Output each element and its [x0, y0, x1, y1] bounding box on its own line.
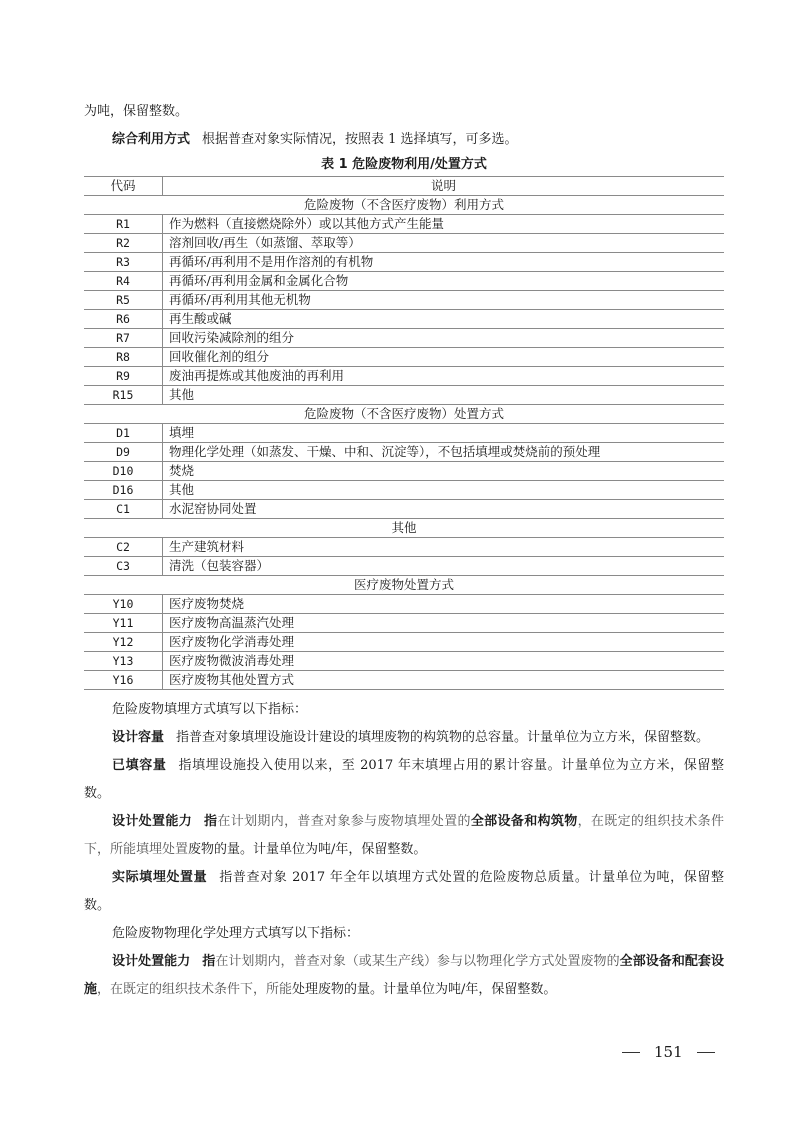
row-desc: 清洗（包装容器）	[163, 557, 725, 576]
header-desc: 说明	[163, 177, 725, 196]
row-desc: 医疗废物其他处置方式	[163, 671, 725, 690]
table-row: R8回收催化剂的组分	[84, 348, 724, 367]
row-desc: 焚烧	[163, 462, 725, 481]
row-code: C1	[84, 500, 163, 519]
row-desc: 填埋	[163, 424, 725, 443]
row-desc: 再循环/再利用金属和金属化合物	[163, 272, 725, 291]
row-code: R7	[84, 329, 163, 348]
table-row: R1作为燃料（直接燃烧除外）或以其他方式产生能量	[84, 215, 724, 234]
row-desc: 物理化学处理（如蒸发、干燥、中和、沉淀等），不包括填埋或焚烧前的预处理	[163, 443, 725, 462]
term-actual-disposal: 实际填埋处置量	[112, 870, 207, 885]
row-code: Y10	[84, 595, 163, 614]
text-part: 指	[204, 814, 217, 829]
row-code: R4	[84, 272, 163, 291]
row-code: R9	[84, 367, 163, 386]
comprehensive-paragraph: 综合利用方式根据普查对象实际情况，按照表 1 选择填写，可多选。	[84, 126, 724, 154]
row-desc: 水泥窑协同处置	[163, 500, 725, 519]
row-code: R15	[84, 386, 163, 405]
actual-disposal-paragraph: 实际填埋处置量指普查对象 2017 年全年以填埋方式处置的危险废物总质量。计量单…	[84, 864, 724, 920]
term-design-capacity: 设计容量	[112, 730, 164, 745]
row-desc: 作为燃料（直接燃烧除外）或以其他方式产生能量	[163, 215, 725, 234]
table-row: R2溶剂回收/再生（如蒸馏、萃取等）	[84, 234, 724, 253]
row-code: Y11	[84, 614, 163, 633]
table-header-row: 代码 说明	[84, 177, 724, 196]
table-row: D10焚烧	[84, 462, 724, 481]
text-part: 全部设备和构筑物	[471, 814, 578, 829]
table-row: R3再循环/再利用不是用作溶剂的有机物	[84, 253, 724, 272]
row-desc: 再生酸或碱	[163, 310, 725, 329]
row-code: Y16	[84, 671, 163, 690]
table-row: R7回收污染减除剂的组分	[84, 329, 724, 348]
section-title: 医疗废物处置方式	[84, 576, 724, 595]
row-desc: 医疗废物化学消毒处理	[163, 633, 725, 652]
table-row: Y11医疗废物高温蒸汽处理	[84, 614, 724, 633]
table-row: Y16医疗废物其他处置方式	[84, 671, 724, 690]
table-row: R5再循环/再利用其他无机物	[84, 291, 724, 310]
row-desc: 溶剂回收/再生（如蒸馏、萃取等）	[163, 234, 725, 253]
dash-decoration	[697, 1052, 715, 1053]
dash-decoration	[622, 1052, 640, 1053]
comprehensive-text: 根据普查对象实际情况，按照表 1 选择填写，可多选。	[202, 132, 518, 147]
row-code: R6	[84, 310, 163, 329]
page-number: 151	[654, 1043, 683, 1061]
table-row: R15其他	[84, 386, 724, 405]
landfill-heading: 危险废物填埋方式填写以下指标：	[84, 696, 724, 724]
table-row: R4再循环/再利用金属和金属化合物	[84, 272, 724, 291]
table-section-row: 危险废物（不含医疗废物）处置方式	[84, 405, 724, 424]
table-row: Y10医疗废物焚烧	[84, 595, 724, 614]
row-desc: 回收污染减除剂的组分	[163, 329, 725, 348]
table-section-row: 危险废物（不含医疗废物）利用方式	[84, 196, 724, 215]
term-filled-capacity: 已填容量	[112, 758, 166, 773]
design-capacity-text: 指普查对象填埋设施设计建设的填埋废物的构筑物的总容量。计量单位为立方米，保留整数…	[176, 730, 709, 745]
filled-capacity-paragraph: 已填容量指填埋设施投入使用以来，至 2017 年末填埋占用的累计容量。计量单位为…	[84, 752, 724, 808]
row-code: R5	[84, 291, 163, 310]
landfill-design-disposal-paragraph: 设计处置能力指在计划期内，普查对象参与废物填埋处置的全部设备和构筑物，在既定的组…	[84, 808, 724, 864]
table-section-row: 医疗废物处置方式	[84, 576, 724, 595]
physchem-heading: 危险废物物理化学处理方式填写以下指标：	[84, 920, 724, 948]
row-code: D1	[84, 424, 163, 443]
term-design-disposal: 设计处置能力	[112, 954, 190, 969]
row-code: R3	[84, 253, 163, 272]
page-footer: 151	[622, 1043, 715, 1061]
table-row: D16其他	[84, 481, 724, 500]
text-part: 指	[202, 954, 215, 969]
table-row: R9废油再提炼或其他废油的再利用	[84, 367, 724, 386]
table-row: D9物理化学处理（如蒸发、干燥、中和、沉淀等），不包括填埋或焚烧前的预处理	[84, 443, 724, 462]
table-row: C2生产建筑材料	[84, 538, 724, 557]
disposal-methods-table: 代码 说明 危险废物（不含医疗废物）利用方式R1作为燃料（直接燃烧除外）或以其他…	[84, 176, 724, 690]
text-part: ，在既定的组织技术条件下，所能	[97, 982, 292, 997]
row-code: R8	[84, 348, 163, 367]
text-part: 废物的量。计量单位为吨/年，保留整数。	[188, 842, 426, 857]
table-row: D1填埋	[84, 424, 724, 443]
row-code: Y13	[84, 652, 163, 671]
text-part: 在计划期内，普查对象（或某生产线）参与以物理化学方式处置废物的	[215, 954, 619, 969]
table-row: C1水泥窑协同处置	[84, 500, 724, 519]
term-comprehensive: 综合利用方式	[112, 132, 190, 147]
table-row: Y13医疗废物微波消毒处理	[84, 652, 724, 671]
row-code: R1	[84, 215, 163, 234]
row-desc: 生产建筑材料	[163, 538, 725, 557]
row-code: D9	[84, 443, 163, 462]
row-code: Y12	[84, 633, 163, 652]
table-row: Y12医疗废物化学消毒处理	[84, 633, 724, 652]
section-title: 危险废物（不含医疗废物）利用方式	[84, 196, 724, 215]
row-desc: 医疗废物微波消毒处理	[163, 652, 725, 671]
filled-capacity-text: 指填埋设施投入使用以来，至 2017 年末填埋占用的累计容量。计量单位为立方米，…	[84, 758, 724, 801]
row-code: R2	[84, 234, 163, 253]
row-desc: 医疗废物高温蒸汽处理	[163, 614, 725, 633]
table-caption: 表 1 危险废物利用/处置方式	[84, 156, 724, 174]
section-title: 其他	[84, 519, 724, 538]
design-capacity-paragraph: 设计容量指普查对象填埋设施设计建设的填埋废物的构筑物的总容量。计量单位为立方米，…	[84, 724, 724, 752]
text-part: 在计划期内，普查对象参与废物填埋处置的	[217, 814, 470, 829]
row-code: C2	[84, 538, 163, 557]
row-code: D10	[84, 462, 163, 481]
row-code: D16	[84, 481, 163, 500]
document-page: 为吨，保留整数。 综合利用方式根据普查对象实际情况，按照表 1 选择填写，可多选…	[84, 0, 724, 1004]
row-desc: 回收催化剂的组分	[163, 348, 725, 367]
table-row: C3清洗（包装容器）	[84, 557, 724, 576]
header-code: 代码	[84, 177, 163, 196]
table-row: R6再生酸或碱	[84, 310, 724, 329]
row-desc: 再循环/再利用不是用作溶剂的有机物	[163, 253, 725, 272]
intro-line: 为吨，保留整数。	[84, 98, 724, 126]
row-desc: 医疗废物焚烧	[163, 595, 725, 614]
row-desc: 废油再提炼或其他废油的再利用	[163, 367, 725, 386]
term-design-disposal: 设计处置能力	[112, 814, 192, 829]
table-section-row: 其他	[84, 519, 724, 538]
row-desc: 再循环/再利用其他无机物	[163, 291, 725, 310]
row-code: C3	[84, 557, 163, 576]
row-desc: 其他	[163, 386, 725, 405]
physchem-design-disposal-paragraph: 设计处置能力指在计划期内，普查对象（或某生产线）参与以物理化学方式处置废物的全部…	[84, 948, 724, 1004]
section-title: 危险废物（不含医疗废物）处置方式	[84, 405, 724, 424]
text-part: 处理废物的量。计量单位为吨/年，保留整数。	[292, 982, 556, 997]
row-desc: 其他	[163, 481, 725, 500]
